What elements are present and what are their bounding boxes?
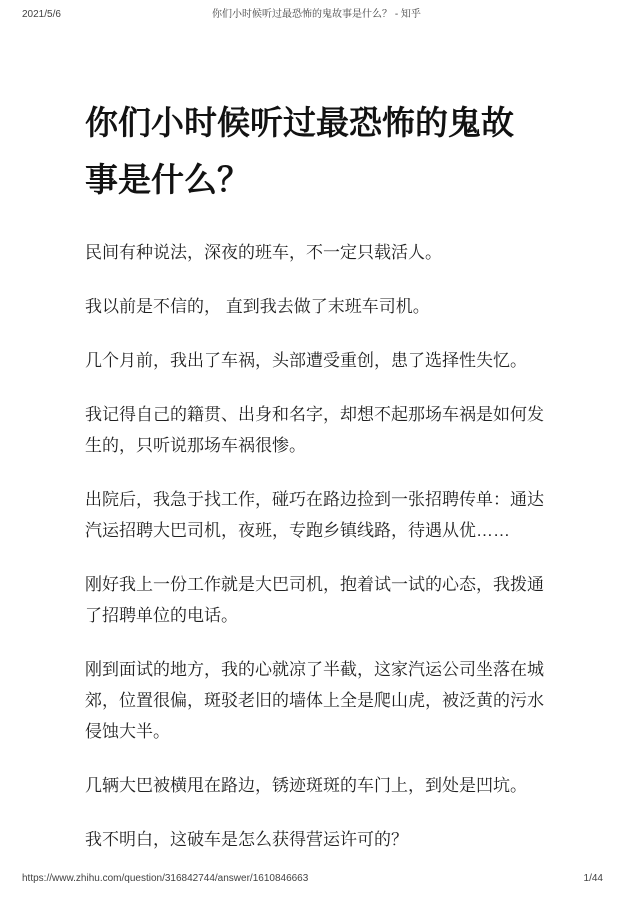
article-paragraph: 几个月前，我出了车祸，头部遭受重创，患了选择性失忆。 [85,345,551,376]
page-number: 1/44 [584,872,603,886]
article-paragraph: 刚好我上一份工作就是大巴司机，抱着试一试的心态，我拨通了招聘单位的电话。 [85,569,551,631]
article-content: 你们小时候听过最恐怖的鬼故事是什么？ 民间有种说法，深夜的班车，不一定只载活人。… [85,94,551,878]
printed-page: { "print_header": { "date": "2021/5/6", … [0,0,633,902]
print-footer: https://www.zhihu.com/question/316842744… [22,872,603,886]
article-paragraph: 出院后，我急于找工作，碰巧在路边捡到一张招聘传单：通达汽运招聘大巴司机，夜班，专… [85,484,551,546]
print-header: 2021/5/6 你们小时候听过最恐怖的鬼故事是什么？ - 知乎 [0,8,633,22]
print-document-title: 你们小时候听过最恐怖的鬼故事是什么？ - 知乎 [0,8,633,22]
article-paragraph: 我记得自己的籍贯、出身和名字，却想不起那场车祸是如何发生的，只听说那场车祸很惨。 [85,399,551,461]
article-paragraph: 几辆大巴被横甩在路边，锈迹斑斑的车门上，到处是凹坑。 [85,770,551,801]
article-paragraph: 刚到面试的地方，我的心就凉了半截，这家汽运公司坐落在城郊，位置很偏，斑驳老旧的墙… [85,654,551,747]
article-paragraph: 我不明白，这破车是怎么获得营运许可的？ [85,824,551,855]
question-title: 你们小时候听过最恐怖的鬼故事是什么？ [85,94,531,208]
article-paragraph: 我以前是不信的， 直到我去做了末班车司机。 [85,291,551,322]
source-url: https://www.zhihu.com/question/316842744… [22,872,308,886]
article-paragraph: 民间有种说法，深夜的班车，不一定只载活人。 [85,237,551,268]
